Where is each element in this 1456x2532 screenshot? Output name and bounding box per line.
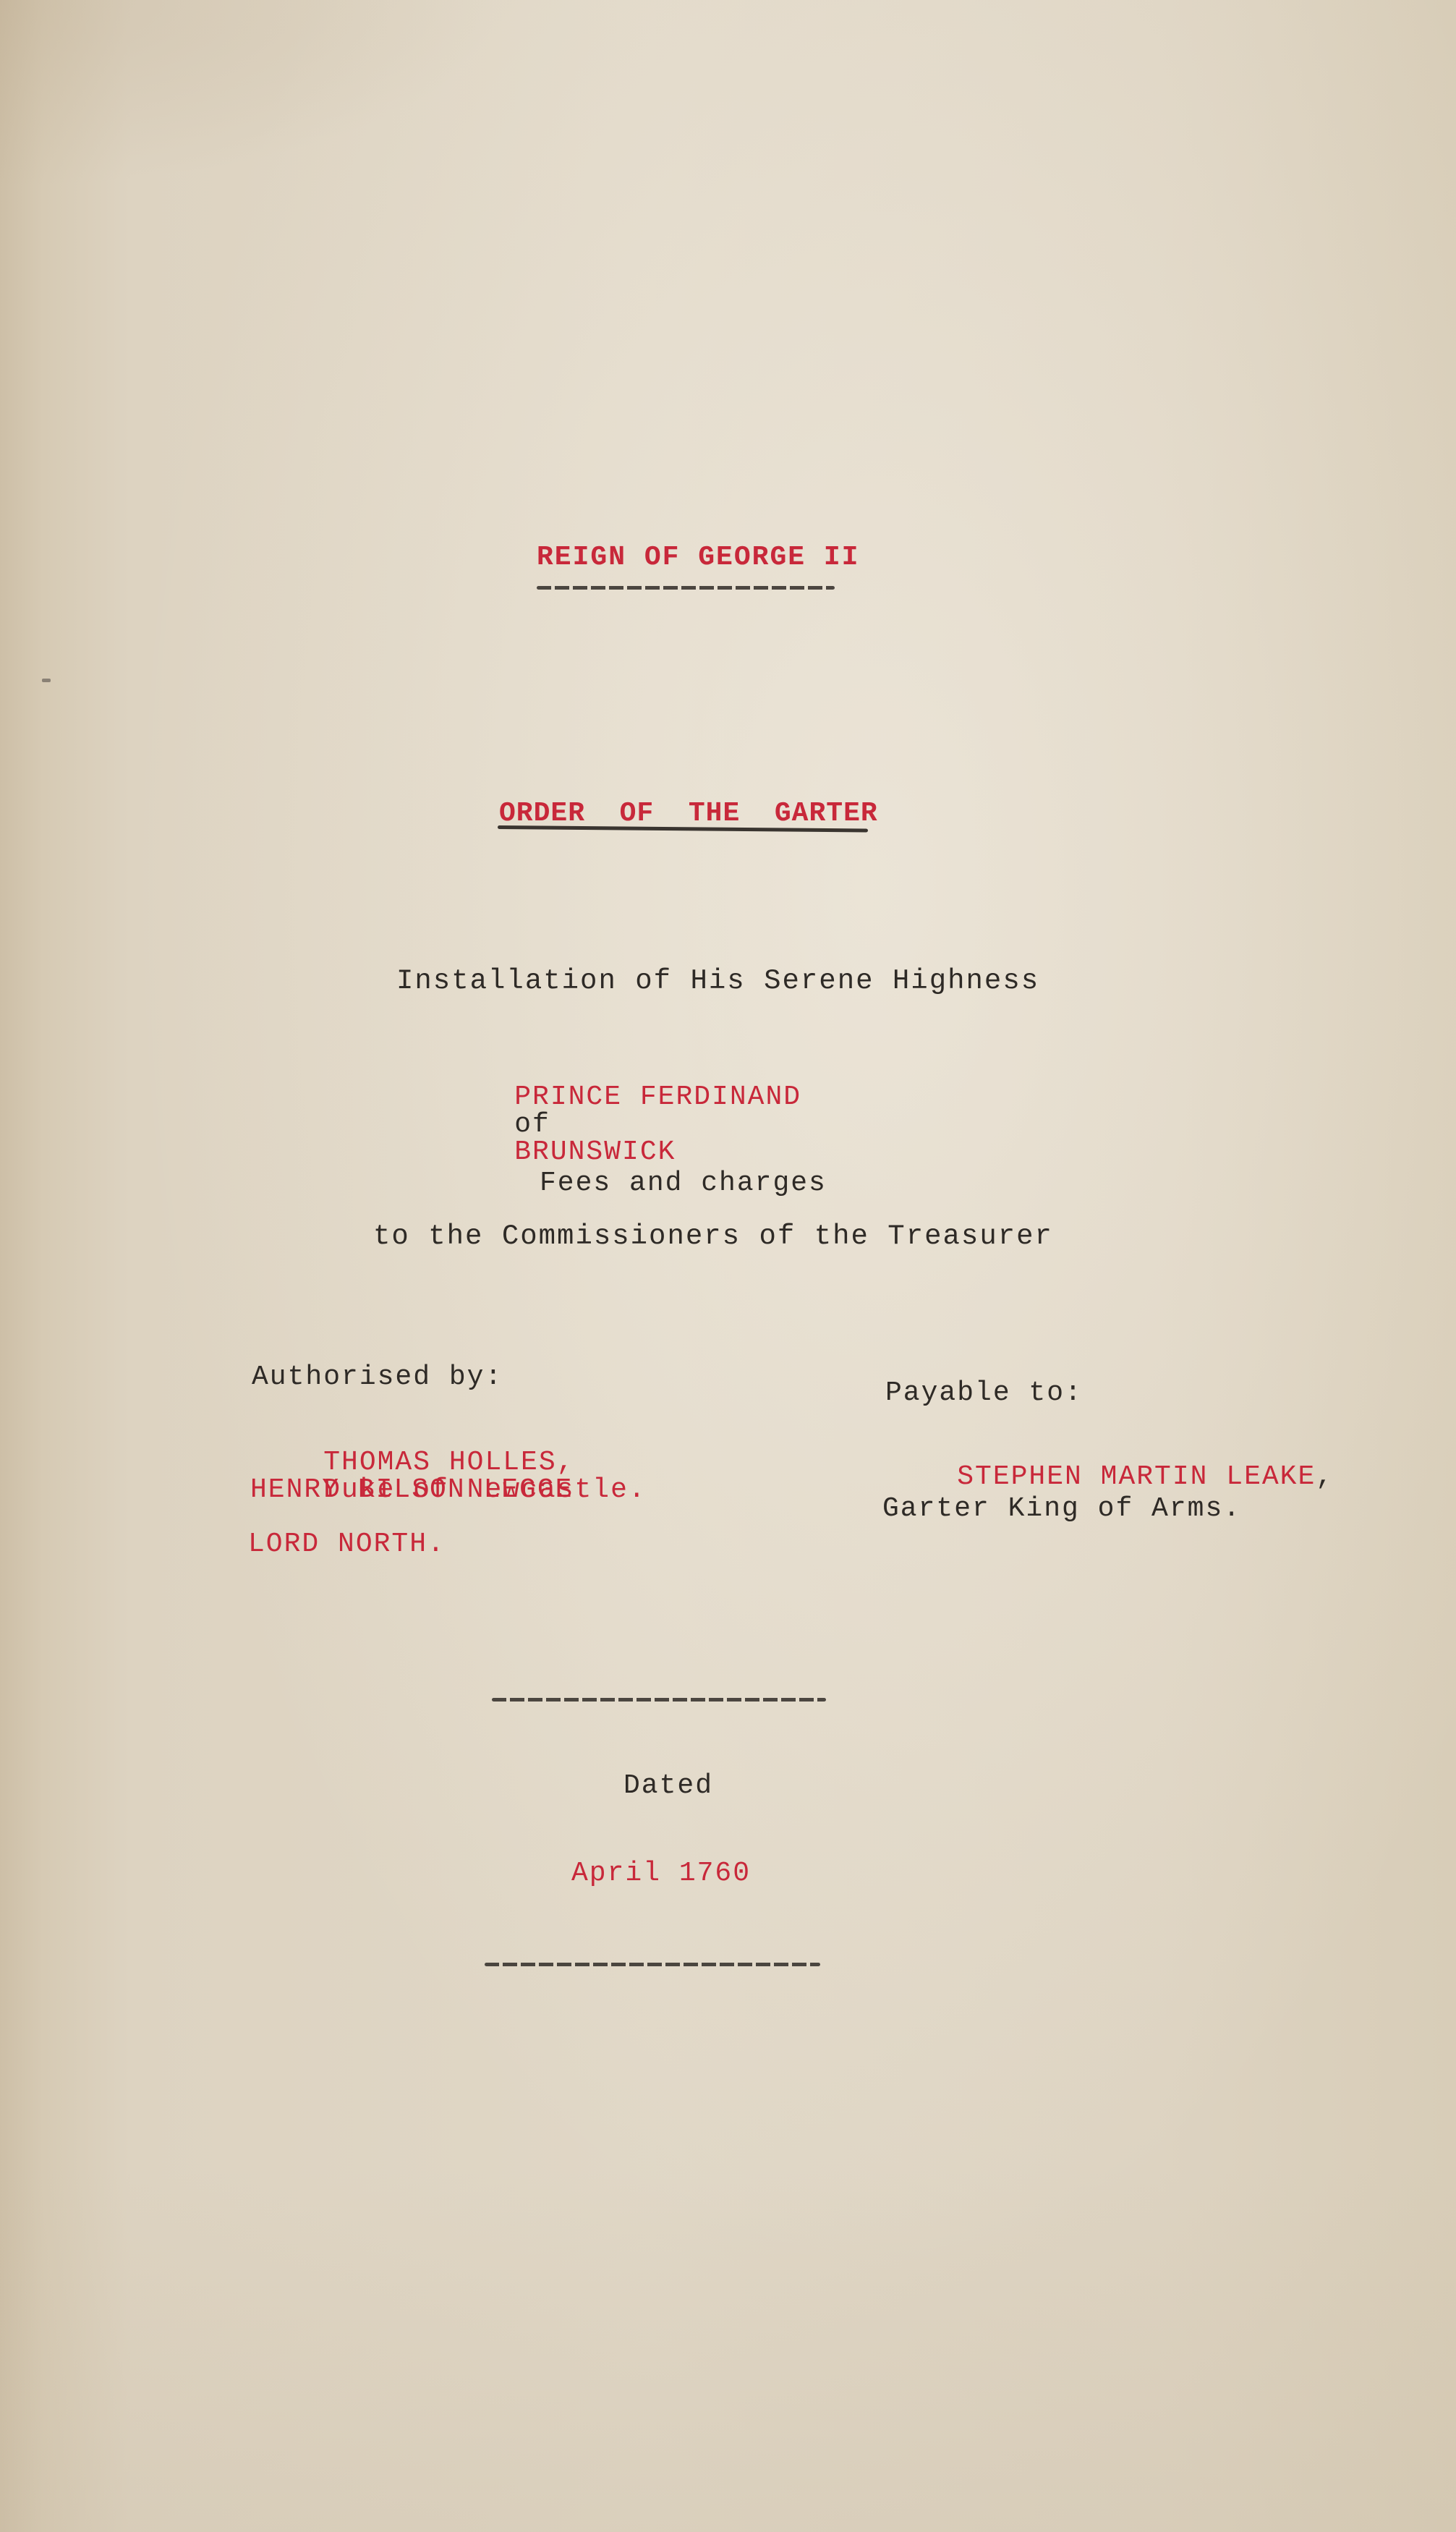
document-page: REIGN OF GEORGE II ORDER OF THE GARTER I…: [0, 0, 1456, 2532]
signatory-2-name: HENRY BILSON LEGGE: [250, 1477, 573, 1504]
dated-top-dashed-rule: [492, 1698, 826, 1702]
dated-label: Dated: [623, 1772, 713, 1800]
paper-mark: [42, 679, 51, 682]
date-value: April 1760: [571, 1860, 751, 1887]
honoree-connector: of: [514, 1109, 550, 1140]
authorised-label: Authorised by:: [252, 1364, 503, 1391]
reign-heading-dashed-rule: [537, 586, 835, 590]
reign-heading: REIGN OF GEORGE II: [537, 544, 859, 572]
payee-title: Garter King of Arms.: [882, 1495, 1241, 1523]
dated-bottom-dashed-rule: [485, 1963, 820, 1966]
signatory-3-name: LORD NORTH.: [248, 1531, 446, 1558]
installation-line: Installation of His Serene Highness: [396, 967, 1039, 995]
payee-comma: ,: [1316, 1461, 1334, 1492]
subject-line-1: Fees and charges: [540, 1170, 827, 1197]
honoree-name-part1: PRINCE FERDINAND: [514, 1082, 801, 1113]
order-heading: ORDER OF THE GARTER: [499, 800, 878, 828]
signatory-1-name: THOMAS HOLLES,: [323, 1447, 574, 1478]
subject-line-2: to the Commissioners of the Treasurer: [373, 1223, 1053, 1251]
payable-label: Payable to:: [885, 1380, 1083, 1407]
payee-name: STEPHEN MARTIN LEAKE: [957, 1461, 1316, 1492]
honoree-name-part2: BRUNSWICK: [514, 1137, 676, 1168]
